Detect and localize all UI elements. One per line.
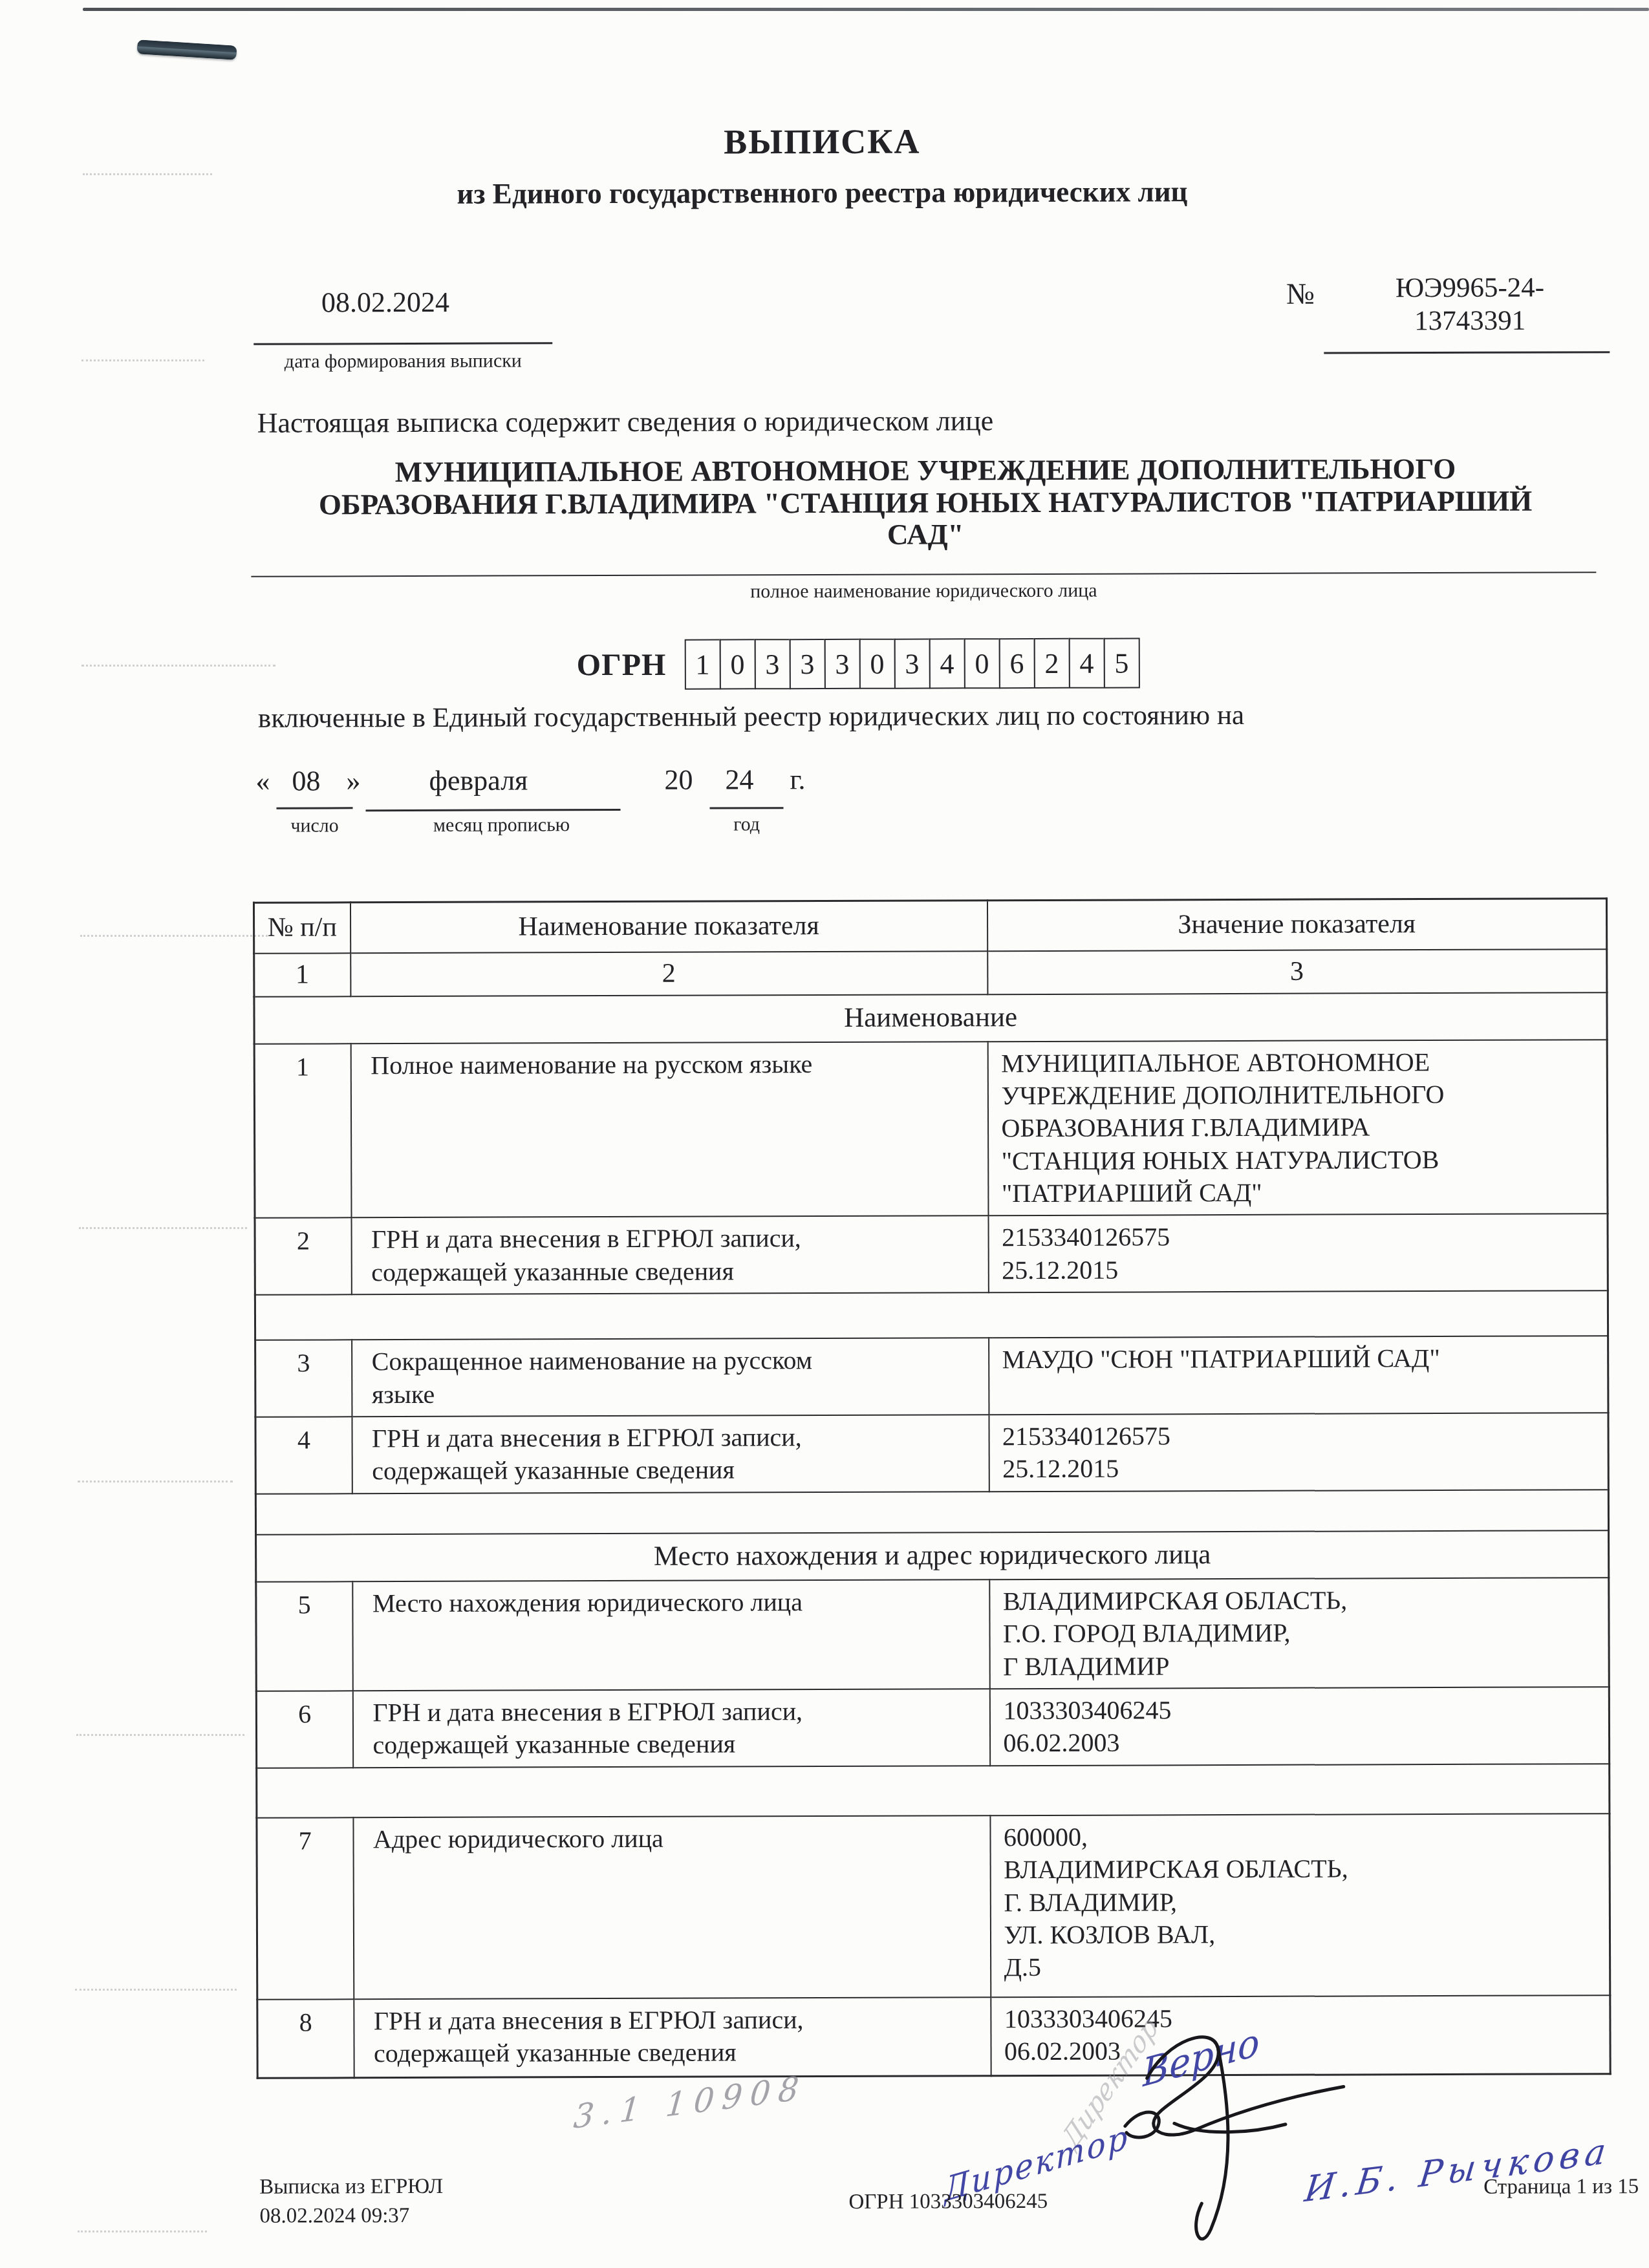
- pencil-note: 3.1 10908: [572, 2068, 808, 2135]
- indicator-value: МУНИЦИПАЛЬНОЕ АВТОНОМНОЕ УЧРЕЖДЕНИЕ ДОПО…: [987, 1040, 1608, 1216]
- date-day: 08: [292, 764, 320, 797]
- ogrn-digit-box: 3: [894, 638, 930, 689]
- indicator-name: Адрес юридического лица: [353, 1815, 991, 1999]
- footer-page-indicator: Страница 1 из 15: [1480, 2175, 1639, 2199]
- entity-name-underline: [251, 572, 1596, 577]
- date-year-label: год: [710, 813, 784, 835]
- date-year-underline: [710, 807, 784, 809]
- footer-left: Выписка из ЕГРЮЛ 08.02.2024 09:37: [259, 2172, 443, 2231]
- ogrn-digit-box: 4: [929, 638, 965, 689]
- col-number: 2: [350, 951, 987, 996]
- ogrn-digit-box: 3: [754, 639, 790, 689]
- ogrn-digit-box: 3: [789, 639, 825, 689]
- included-line: включенные в Единый государственный реес…: [258, 700, 1244, 734]
- col-number: 3: [987, 949, 1607, 994]
- indicator-value: ВЛАДИМИРСКАЯ ОБЛАСТЬ, Г.О. ГОРОД ВЛАДИМИ…: [989, 1578, 1610, 1689]
- indicator-value: 2153340126575 25.12.2015: [988, 1214, 1608, 1293]
- date-day-label: число: [277, 815, 353, 837]
- row-number: 2: [255, 1218, 351, 1295]
- row-number: 5: [256, 1581, 353, 1691]
- spacer-row: [255, 1490, 1608, 1535]
- document-number-sign: №: [1286, 277, 1315, 311]
- date-month-label: месяц прописью: [398, 814, 605, 837]
- indicator-value: 2153340126575 25.12.2015: [989, 1413, 1608, 1492]
- ogrn-row: ОГРН 1 0 3 3 3 0 3 4 0 6 2 4 5: [577, 637, 1140, 690]
- date-century: 20: [664, 764, 693, 797]
- document-number-value: ЮЭ9965-24- 13743391: [1328, 272, 1612, 338]
- ogrn-label: ОГРН: [577, 647, 667, 682]
- indicator-name: Полное наименование на русском языке: [350, 1042, 988, 1218]
- indicator-name: ГРН и дата внесения в ЕГРЮЛ записи, соде…: [352, 1689, 989, 1768]
- indicator-name: ГРН и дата внесения в ЕГРЮЛ записи, соде…: [354, 1997, 991, 2078]
- spacer-row: [255, 1290, 1608, 1340]
- date-open-quote: «: [255, 765, 270, 798]
- row-number: 8: [257, 1999, 354, 2078]
- indicator-name: Сокращенное наименование на русском язык…: [352, 1338, 989, 1417]
- ogrn-digit-box: 5: [1103, 637, 1139, 688]
- entity-name-label: полное наименование юридического лица: [251, 578, 1596, 604]
- form-date-underline: [253, 342, 552, 345]
- footer-ogrn: ОГРН 1033303406245: [754, 2189, 1142, 2214]
- ogrn-digit-box: 0: [719, 639, 755, 689]
- indicators-table-wrap: № п/п Наименование показателя Значение п…: [253, 897, 1610, 2079]
- col-header-num: № п/п: [253, 903, 350, 953]
- ogrn-digit-box: 2: [1033, 638, 1070, 689]
- indicator-name: ГРН и дата внесения в ЕГРЮЛ записи, соде…: [352, 1415, 989, 1493]
- col-number: 1: [254, 953, 350, 996]
- row-number: 3: [255, 1340, 352, 1417]
- section-header-name: Наименование: [254, 992, 1607, 1044]
- indicator-name: Место нахождения юридического лица: [352, 1579, 990, 1691]
- form-date-label: дата формирования выписки: [253, 350, 552, 372]
- date-month-underline: [366, 809, 621, 811]
- indicator-value: МАУДО "СЮН "ПАТРИАРШИЙ САД": [989, 1336, 1608, 1415]
- indicator-value: 600000, ВЛАДИМИРСКАЯ ОБЛАСТЬ, Г. ВЛАДИМИ…: [990, 1813, 1610, 1997]
- date-month: февраля: [429, 764, 528, 797]
- entity-full-name: МУНИЦИПАЛЬНОЕ АВТОНОМНОЕ УЧРЕЖДЕНИЕ ДОПО…: [251, 453, 1600, 553]
- col-header-indicator: Наименование показателя: [350, 901, 987, 953]
- footer-doc-type: Выписка из ЕГРЮЛ: [259, 2172, 443, 2201]
- ogrn-digit-box: 0: [964, 638, 1000, 689]
- signature-stroke: [1084, 2014, 1370, 2267]
- ogrn-digit-box: 0: [859, 639, 895, 689]
- date-close-quote: »: [346, 764, 360, 797]
- document-number-underline: [1324, 351, 1610, 354]
- footer-generated-at: 08.02.2024 09:37: [259, 2201, 443, 2230]
- date-year-suffix: г.: [790, 763, 805, 796]
- date-day-underline: [277, 807, 353, 809]
- form-date: 08.02.2024: [321, 286, 449, 319]
- row-number: 1: [254, 1043, 351, 1218]
- row-number: 7: [257, 1817, 354, 1999]
- ogrn-digit-box: 6: [998, 638, 1035, 689]
- intro-line: Настоящая выписка содержит сведения о юр…: [257, 404, 994, 440]
- date-year: 24: [725, 763, 753, 796]
- spacer-row: [257, 1764, 1610, 1818]
- indicators-table: № п/п Наименование показателя Значение п…: [253, 897, 1611, 2079]
- indicator-value: 1033303406245 06.02.2003: [989, 1687, 1609, 1766]
- ogrn-digit-box: 3: [824, 639, 860, 689]
- indicator-name: ГРН и дата внесения в ЕГРЮЛ записи, соде…: [351, 1216, 988, 1295]
- col-header-value: Значение показателя: [987, 899, 1606, 951]
- scanned-document-page: ВЫПИСКА из Единого государственного реес…: [0, 0, 1649, 2268]
- row-number: 4: [255, 1417, 352, 1493]
- document-title: ВЫПИСКА: [0, 119, 1646, 164]
- section-header-address: Место нахождения и адрес юридического ли…: [256, 1530, 1609, 1582]
- ogrn-digit-box: 4: [1068, 638, 1105, 689]
- document-subtitle: из Единого государственного реестра юрид…: [0, 173, 1647, 212]
- row-number: 6: [256, 1691, 352, 1768]
- ogrn-digit-box: 1: [684, 639, 720, 690]
